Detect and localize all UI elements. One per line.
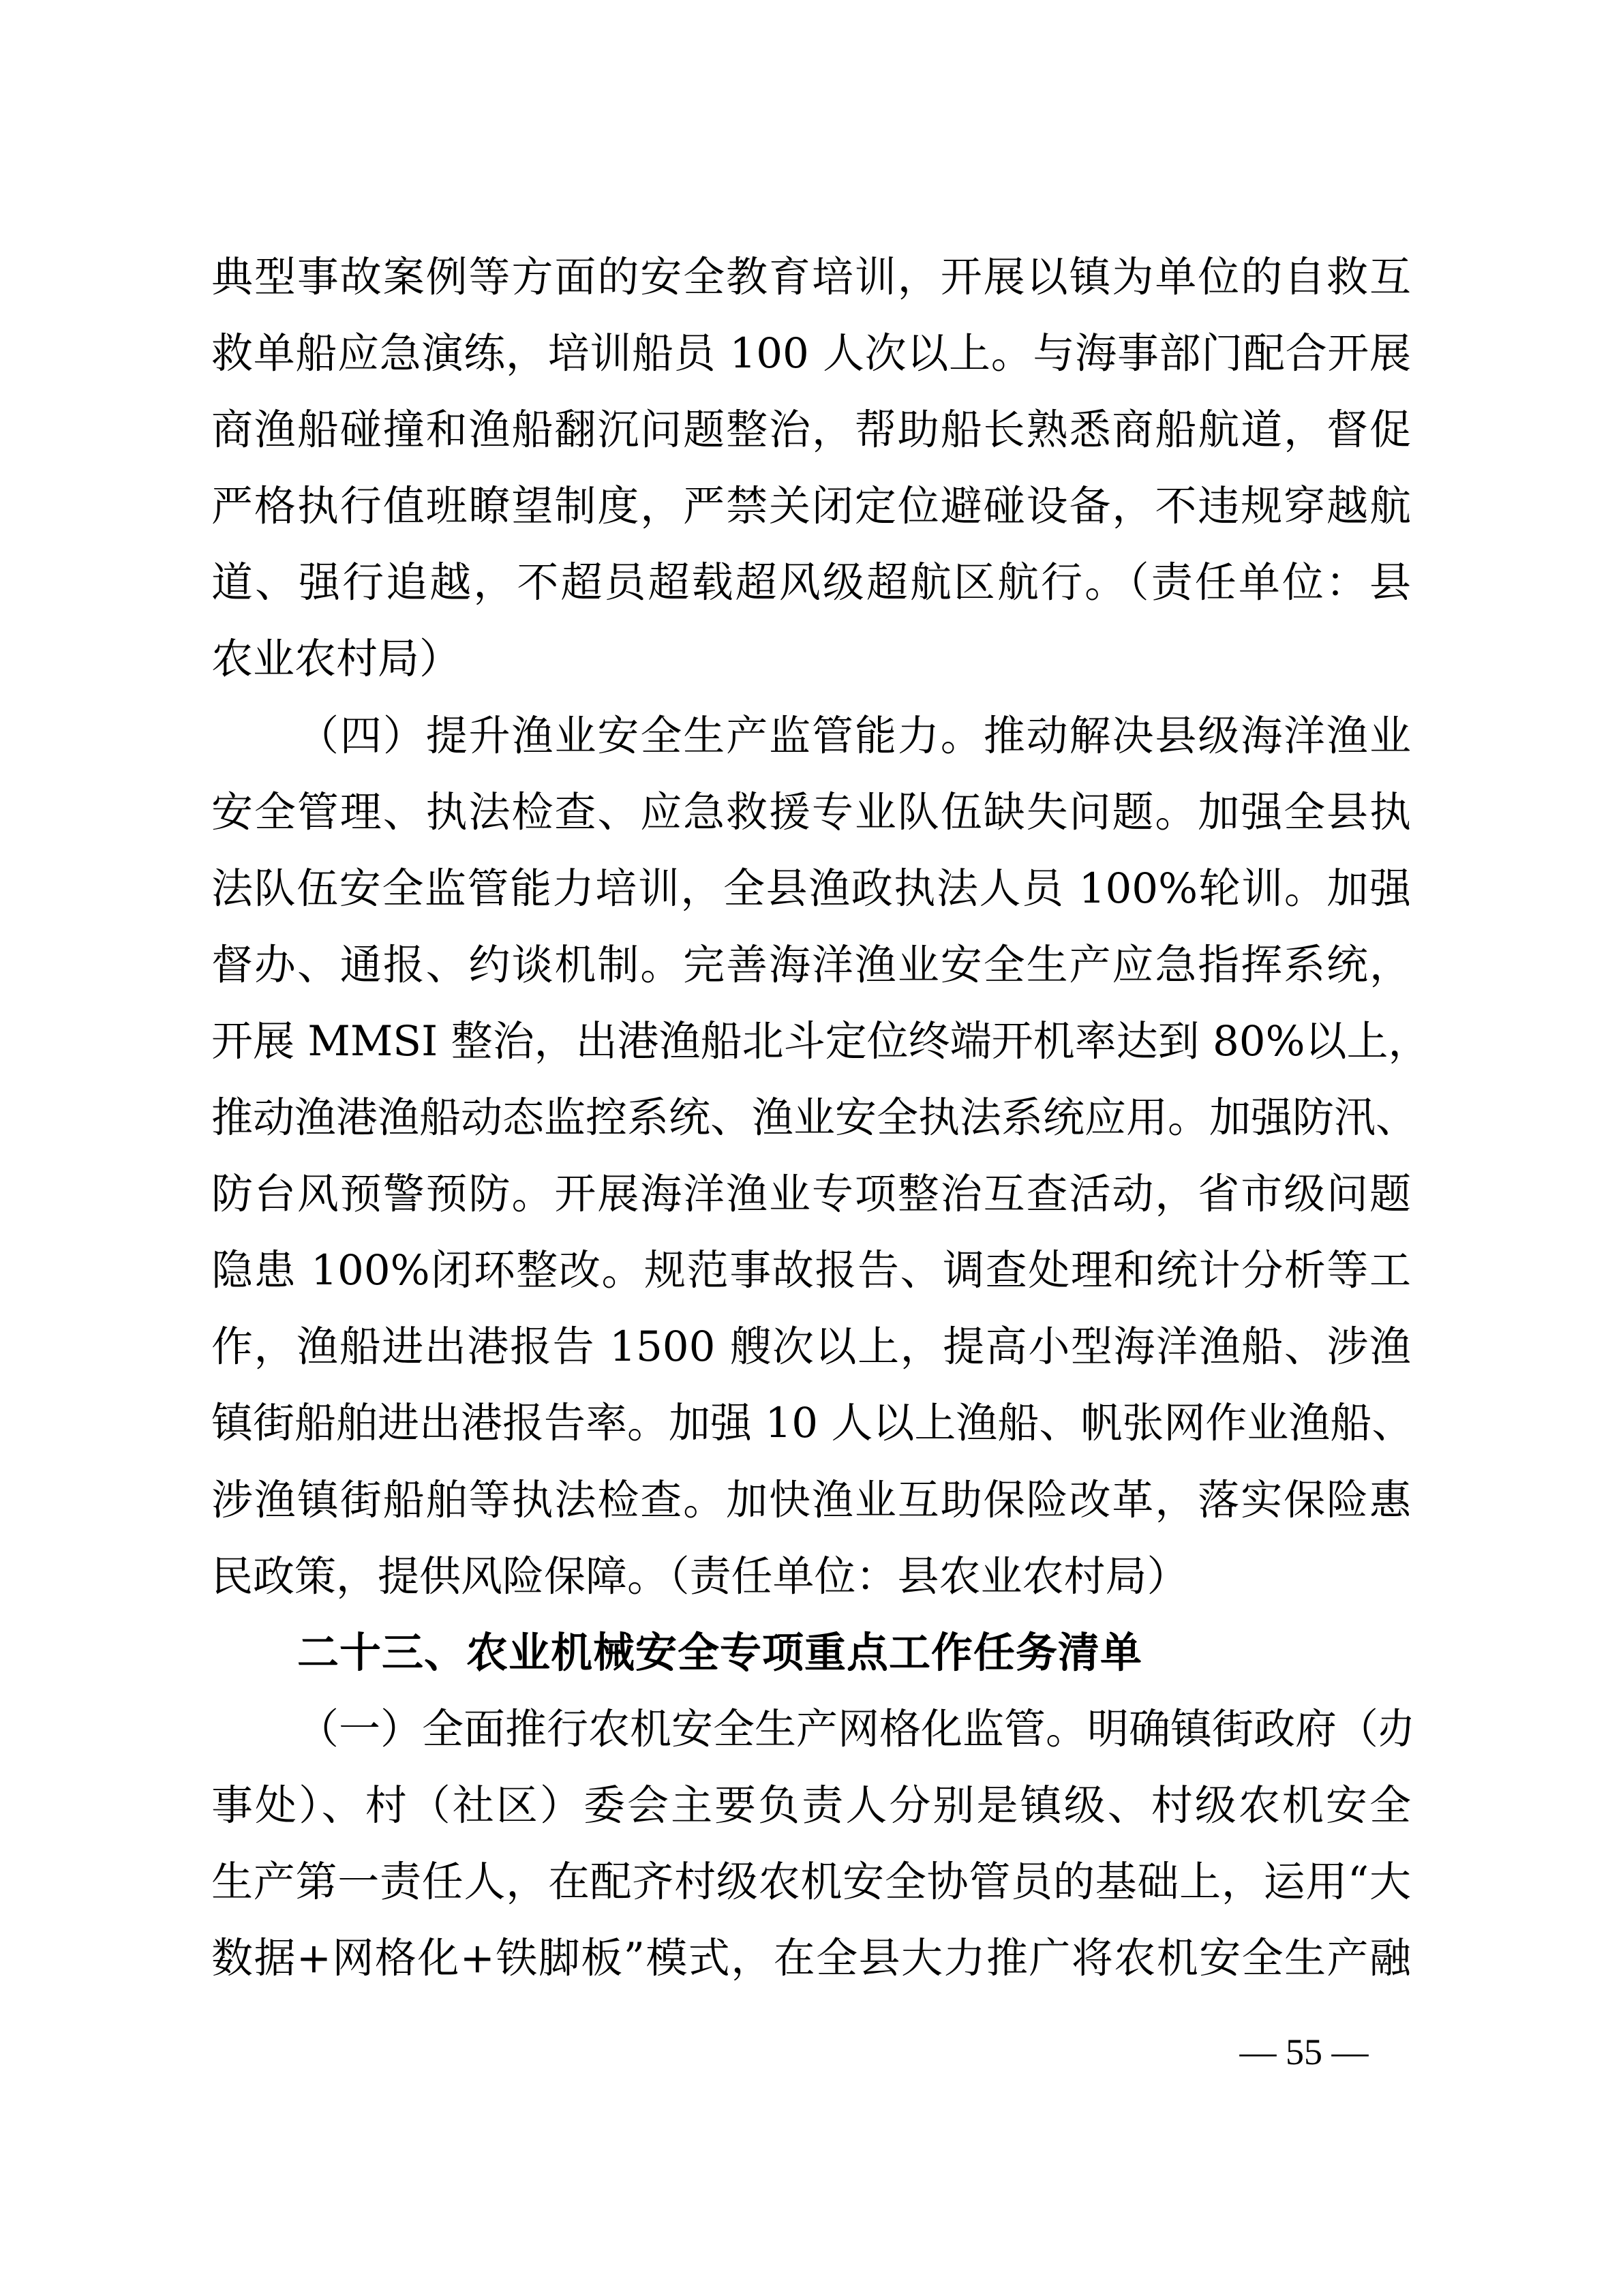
item-first-line: （一）全面推行农机安全生产网格化监管。明确镇街政府（办 bbox=[211, 1699, 1411, 1775]
item-lead-heading: （四）提升渔业安全生产监管能力。 bbox=[297, 712, 984, 760]
text-line: 道、强行追越，不超员超载超风级超航区航行。（责任单位：县 bbox=[211, 552, 1411, 629]
document-body: 典型事故案例等方面的安全教育培训，开展以镇为单位的自救互 救单船应急演练，培训船… bbox=[211, 247, 1411, 2004]
item-text: 推动解决县级海洋渔业 bbox=[984, 712, 1411, 760]
document-page: 典型事故案例等方面的安全教育培训，开展以镇为单位的自救互 救单船应急演练，培训船… bbox=[0, 0, 1623, 2296]
text-line: 民政策，提供风险保障。（责任单位：县农业农村局） bbox=[211, 1546, 1411, 1622]
text-line: 涉渔镇街船舶等执法检查。加快渔业互助保险改革，落实保险惠 bbox=[211, 1470, 1411, 1546]
text-line: 事处）、村（社区）委会主要负责人分别是镇级、村级农机安全 bbox=[211, 1775, 1411, 1852]
text-line: 典型事故案例等方面的安全教育培训，开展以镇为单位的自救互 bbox=[211, 247, 1411, 323]
item-first-line: （四）提升渔业安全生产监管能力。推动解决县级海洋渔业 bbox=[211, 706, 1411, 782]
text-line: 商渔船碰撞和渔船翻沉问题整治，帮助船长熟悉商船航道，督促 bbox=[211, 399, 1411, 476]
page-number: — 55 — bbox=[1236, 2031, 1372, 2072]
section-heading: 二十三、农业机械安全专项重点工作任务清单 bbox=[211, 1622, 1411, 1699]
text-line: 法队伍安全监管能力培训，全县渔政执法人员 100%轮训。加强 bbox=[211, 858, 1411, 935]
item-lead-heading: （一）全面推行农机安全生产网格化监管。 bbox=[297, 1705, 1087, 1753]
text-line: 生产第一责任人，在配齐村级农机安全协管员的基础上，运用“大 bbox=[211, 1852, 1411, 1928]
text-line: 数据+网格化+铁脚板”模式，在全县大力推广将农机安全生产融 bbox=[211, 1928, 1411, 2004]
text-line: 隐患 100%闭环整改。规范事故报告、调查处理和统计分析等工 bbox=[211, 1240, 1411, 1316]
text-line: 防台风预警预防。开展海洋渔业专项整治互查活动，省市级问题 bbox=[211, 1164, 1411, 1240]
text-line: 开展 MMSI 整治，出港渔船北斗定位终端开机率达到 80%以上， bbox=[211, 1011, 1411, 1087]
text-line: 作，渔船进出港报告 1500 艘次以上，提高小型海洋渔船、涉渔 bbox=[211, 1316, 1411, 1393]
text-line: 严格执行值班瞭望制度，严禁关闭定位避碰设备，不违规穿越航 bbox=[211, 476, 1411, 552]
text-line: 农业农村局） bbox=[211, 629, 1411, 705]
text-line: 推动渔港渔船动态监控系统、渔业安全执法系统应用。加强防汛、 bbox=[211, 1087, 1411, 1164]
item-text: 明确镇街政府（办 bbox=[1087, 1705, 1411, 1753]
text-line: 救单船应急演练，培训船员 100 人次以上。与海事部门配合开展 bbox=[211, 323, 1411, 399]
text-line: 安全管理、执法检查、应急救援专业队伍缺失问题。加强全县执 bbox=[211, 782, 1411, 858]
text-line: 镇街船舶进出港报告率。加强 10 人以上渔船、帆张网作业渔船、 bbox=[211, 1393, 1411, 1469]
text-line: 督办、通报、约谈机制。完善海洋渔业安全生产应急指挥系统， bbox=[211, 935, 1411, 1011]
